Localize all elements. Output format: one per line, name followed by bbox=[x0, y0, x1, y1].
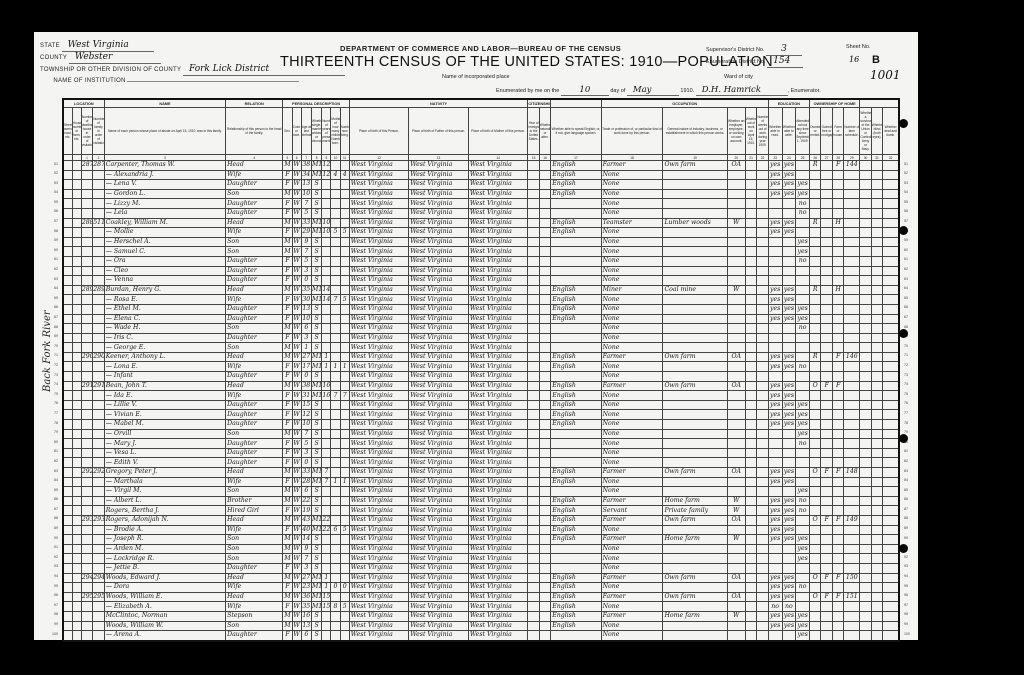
line-number: 72 bbox=[904, 363, 908, 367]
children-living-cell bbox=[340, 208, 349, 218]
race-cell: W bbox=[292, 266, 301, 276]
family-cell bbox=[93, 420, 105, 430]
read-cell bbox=[768, 256, 782, 266]
house-number-cell bbox=[72, 535, 81, 545]
immigration-year-cell bbox=[528, 515, 539, 525]
line-number: 52 bbox=[50, 171, 58, 175]
age-cell: 17 bbox=[301, 362, 311, 372]
language-cell bbox=[551, 631, 601, 641]
language-cell: English bbox=[551, 218, 601, 228]
age-cell: 5 bbox=[301, 256, 311, 266]
table-row: — VennaDaughterFW0SWest VirginiaWest Vir… bbox=[63, 276, 899, 286]
age-cell: 9 bbox=[301, 237, 311, 247]
race-cell: W bbox=[292, 228, 301, 238]
children-born-cell bbox=[331, 247, 340, 257]
industry-cell: Home farm bbox=[663, 496, 727, 506]
years-married-cell bbox=[322, 324, 331, 334]
mother-birthplace-cell: West Virginia bbox=[468, 314, 528, 324]
owned-cell: O bbox=[810, 573, 821, 583]
marital-cell: S bbox=[311, 237, 321, 247]
dwelling-cell bbox=[81, 208, 92, 218]
family-cell: 295 bbox=[93, 592, 105, 602]
immigration-year-cell bbox=[528, 391, 539, 401]
name-cell: — George E. bbox=[104, 343, 225, 353]
naturalized-cell bbox=[539, 381, 550, 391]
table-row: — Joseph R.SonMW14SWest VirginiaWest Vir… bbox=[63, 535, 899, 545]
relation-cell: Daughter bbox=[226, 208, 283, 218]
read-cell: yes bbox=[768, 189, 782, 199]
house-number-cell bbox=[72, 247, 81, 257]
years-married-cell bbox=[322, 410, 331, 420]
race-cell: W bbox=[292, 180, 301, 190]
children-born-cell bbox=[331, 256, 340, 266]
family-cell: 289 bbox=[93, 285, 105, 295]
school-cell: yes bbox=[796, 631, 810, 641]
house-number-cell bbox=[72, 161, 81, 171]
industry-cell bbox=[663, 343, 727, 353]
owned-cell bbox=[810, 247, 821, 257]
years-married-cell: 7 bbox=[322, 477, 331, 487]
race-cell: W bbox=[292, 247, 301, 257]
sex-cell: M bbox=[283, 611, 292, 621]
table-row: — OrvillSonMW7SWest VirginiaWest Virgini… bbox=[63, 429, 899, 439]
children-born-cell: 7 bbox=[331, 391, 340, 401]
father-birthplace-cell: West Virginia bbox=[409, 324, 469, 334]
sex-cell: F bbox=[283, 199, 292, 209]
birthplace-cell: West Virginia bbox=[349, 170, 409, 180]
farm-schedule-cell bbox=[844, 400, 860, 410]
street-cell bbox=[63, 266, 72, 276]
relation-cell: Daughter bbox=[226, 333, 283, 343]
farm-schedule-cell bbox=[844, 602, 860, 612]
age-cell: 3 bbox=[301, 563, 311, 573]
farm-house-cell bbox=[832, 602, 843, 612]
marital-cell: S bbox=[311, 563, 321, 573]
name-cell: Woods, Edward J. bbox=[104, 573, 225, 583]
relation-cell: Wife bbox=[226, 170, 283, 180]
children-living-cell bbox=[340, 352, 349, 362]
farm-schedule-cell bbox=[844, 218, 860, 228]
farm-house-cell: F bbox=[832, 161, 843, 171]
read-cell bbox=[768, 324, 782, 334]
name-cell: — Joseph R. bbox=[104, 535, 225, 545]
race-cell: W bbox=[292, 256, 301, 266]
immigration-year-cell bbox=[528, 208, 539, 218]
children-born-cell bbox=[331, 199, 340, 209]
farm-schedule-cell bbox=[844, 496, 860, 506]
deaf-cell bbox=[883, 372, 899, 382]
column-header: Farm or house. bbox=[832, 108, 843, 155]
naturalized-cell bbox=[539, 621, 550, 631]
industry-cell bbox=[663, 631, 727, 641]
trade-cell: Farmer bbox=[601, 592, 663, 602]
birthplace-cell: West Virginia bbox=[349, 420, 409, 430]
farm-schedule-cell: 148 bbox=[844, 468, 860, 478]
weeks-out-cell bbox=[757, 266, 768, 276]
street-cell bbox=[63, 285, 72, 295]
children-living-cell bbox=[340, 573, 349, 583]
class-cell bbox=[727, 276, 745, 286]
mortgage-cell bbox=[821, 621, 832, 631]
owned-cell bbox=[810, 400, 821, 410]
mother-birthplace-cell: West Virginia bbox=[468, 477, 528, 487]
blind-cell bbox=[871, 496, 882, 506]
out-of-work-cell bbox=[745, 563, 756, 573]
write-cell: yes bbox=[782, 515, 796, 525]
name-cell: — Jettie B. bbox=[104, 563, 225, 573]
family-cell bbox=[93, 266, 105, 276]
naturalized-cell bbox=[539, 439, 550, 449]
farm-schedule-cell bbox=[844, 180, 860, 190]
column-header: Whether out of work on April 15, 1910. bbox=[745, 108, 756, 155]
farm-house-cell bbox=[832, 621, 843, 631]
line-number: 93 bbox=[904, 564, 908, 568]
line-number: 83 bbox=[50, 469, 58, 473]
deaf-cell bbox=[883, 324, 899, 334]
veteran-cell bbox=[860, 506, 871, 516]
line-number: 67 bbox=[904, 315, 908, 319]
dwelling-cell bbox=[81, 180, 92, 190]
mortgage-cell bbox=[821, 391, 832, 401]
farm-house-cell bbox=[832, 189, 843, 199]
line-number: 99 bbox=[50, 622, 58, 626]
school-cell bbox=[796, 285, 810, 295]
weeks-out-cell bbox=[757, 343, 768, 353]
language-cell: English bbox=[551, 295, 601, 305]
write-cell: yes bbox=[782, 228, 796, 238]
farm-schedule-cell bbox=[844, 391, 860, 401]
dwelling-cell bbox=[81, 583, 92, 593]
age-cell: 3 bbox=[301, 448, 311, 458]
house-number-cell bbox=[72, 180, 81, 190]
dwelling-cell bbox=[81, 237, 92, 247]
house-number-cell bbox=[72, 256, 81, 266]
children-living-cell bbox=[340, 381, 349, 391]
line-number: 73 bbox=[904, 373, 908, 377]
farm-schedule-cell bbox=[844, 544, 860, 554]
family-cell bbox=[93, 535, 105, 545]
farm-schedule-cell bbox=[844, 208, 860, 218]
naturalized-cell bbox=[539, 256, 550, 266]
immigration-year-cell bbox=[528, 554, 539, 564]
marital-cell: S bbox=[311, 621, 321, 631]
immigration-year-cell bbox=[528, 285, 539, 295]
family-cell bbox=[93, 631, 105, 641]
blind-cell bbox=[871, 247, 882, 257]
farm-schedule-cell bbox=[844, 372, 860, 382]
column-header: Place of birth of Mother of this person. bbox=[468, 108, 528, 155]
years-married-cell bbox=[322, 199, 331, 209]
mother-birthplace-cell: West Virginia bbox=[468, 611, 528, 621]
table-row: — Vesa L.DaughterFW3SWest VirginiaWest V… bbox=[63, 448, 899, 458]
relation-cell: Daughter bbox=[226, 276, 283, 286]
blind-cell bbox=[871, 304, 882, 314]
marital-cell: M1 bbox=[311, 583, 321, 593]
table-row: Rogers, Bertha J.Hired GirlFW19SWest Vir… bbox=[63, 506, 899, 516]
veteran-cell bbox=[860, 218, 871, 228]
naturalized-cell bbox=[539, 324, 550, 334]
immigration-year-cell bbox=[528, 439, 539, 449]
relation-cell: Daughter bbox=[226, 420, 283, 430]
language-cell: English bbox=[551, 228, 601, 238]
family-cell bbox=[93, 496, 105, 506]
age-cell: 34 bbox=[301, 170, 311, 180]
father-birthplace-cell: West Virginia bbox=[409, 372, 469, 382]
weeks-out-cell bbox=[757, 506, 768, 516]
write-cell: yes bbox=[782, 410, 796, 420]
children-living-cell bbox=[340, 410, 349, 420]
write-cell: yes bbox=[782, 506, 796, 516]
years-married-cell: 22 bbox=[322, 525, 331, 535]
years-married-cell: 10 bbox=[322, 218, 331, 228]
immigration-year-cell bbox=[528, 256, 539, 266]
class-cell: W bbox=[727, 285, 745, 295]
children-born-cell bbox=[331, 496, 340, 506]
table-row: — Vivian E.DaughterFW12SWest VirginiaWes… bbox=[63, 410, 899, 420]
school-cell bbox=[796, 592, 810, 602]
weeks-out-cell bbox=[757, 381, 768, 391]
census-table: Location Name Relation Personal Descript… bbox=[62, 98, 900, 642]
sex-cell: M bbox=[283, 324, 292, 334]
street-cell bbox=[63, 276, 72, 286]
trade-cell: None bbox=[601, 554, 663, 564]
column-header: Place of birth of Father of this person. bbox=[409, 108, 469, 155]
age-cell: 6 bbox=[301, 487, 311, 497]
language-cell: English bbox=[551, 285, 601, 295]
veteran-cell bbox=[860, 285, 871, 295]
children-living-cell bbox=[340, 487, 349, 497]
dwelling-cell bbox=[81, 410, 92, 420]
veteran-cell bbox=[860, 439, 871, 449]
write-cell bbox=[782, 333, 796, 343]
owned-cell bbox=[810, 448, 821, 458]
marital-cell: M1 bbox=[311, 477, 321, 487]
children-born-cell: 1 bbox=[331, 362, 340, 372]
sex-cell: F bbox=[283, 228, 292, 238]
write-cell: yes bbox=[782, 420, 796, 430]
veteran-cell bbox=[860, 189, 871, 199]
age-cell: 40 bbox=[301, 525, 311, 535]
owned-cell: O bbox=[810, 515, 821, 525]
industry-cell bbox=[663, 621, 727, 631]
veteran-cell bbox=[860, 228, 871, 238]
farm-house-cell bbox=[832, 266, 843, 276]
deaf-cell bbox=[883, 170, 899, 180]
farm-house-cell bbox=[832, 228, 843, 238]
sex-cell: M bbox=[283, 381, 292, 391]
blind-cell bbox=[871, 228, 882, 238]
read-cell bbox=[768, 333, 782, 343]
class-cell bbox=[727, 583, 745, 593]
industry-cell bbox=[663, 208, 727, 218]
farm-house-cell: H bbox=[832, 218, 843, 228]
naturalized-cell bbox=[539, 343, 550, 353]
deaf-cell bbox=[883, 602, 899, 612]
language-cell: English bbox=[551, 535, 601, 545]
line-number: 61 bbox=[904, 257, 908, 261]
page-title: THIRTEENTH CENSUS OF THE UNITED STATES: … bbox=[280, 54, 773, 70]
line-number: 59 bbox=[904, 238, 908, 242]
trade-cell: Farmer bbox=[601, 496, 663, 506]
naturalized-cell bbox=[539, 352, 550, 362]
mortgage-cell bbox=[821, 420, 832, 430]
weeks-out-cell bbox=[757, 448, 768, 458]
line-number: 64 bbox=[904, 286, 908, 290]
sex-cell: F bbox=[283, 410, 292, 420]
language-cell: English bbox=[551, 352, 601, 362]
name-cell: Burdan, Henry G. bbox=[104, 285, 225, 295]
street-cell bbox=[63, 573, 72, 583]
name-cell: — Ora bbox=[104, 256, 225, 266]
naturalized-cell bbox=[539, 333, 550, 343]
house-number-cell bbox=[72, 333, 81, 343]
dwelling-cell bbox=[81, 400, 92, 410]
school-cell bbox=[796, 372, 810, 382]
naturalized-cell bbox=[539, 189, 550, 199]
blind-cell bbox=[871, 266, 882, 276]
father-birthplace-cell: West Virginia bbox=[409, 611, 469, 621]
table-row: — Arden M.SonMW9SWest VirginiaWest Virgi… bbox=[63, 544, 899, 554]
blind-cell bbox=[871, 420, 882, 430]
deaf-cell bbox=[883, 477, 899, 487]
race-cell: W bbox=[292, 535, 301, 545]
industry-cell bbox=[663, 180, 727, 190]
trade-cell: None bbox=[601, 170, 663, 180]
write-cell: yes bbox=[782, 362, 796, 372]
weeks-out-cell bbox=[757, 189, 768, 199]
birthplace-cell: West Virginia bbox=[349, 621, 409, 631]
relation-cell: Head bbox=[226, 381, 283, 391]
trade-cell: None bbox=[601, 487, 663, 497]
farm-house-cell bbox=[832, 295, 843, 305]
language-cell bbox=[551, 256, 601, 266]
column-header: Place of birth of this Person. bbox=[349, 108, 409, 155]
trade-cell: None bbox=[601, 180, 663, 190]
weeks-out-cell bbox=[757, 439, 768, 449]
birthplace-cell: West Virginia bbox=[349, 247, 409, 257]
relation-cell: Head bbox=[226, 352, 283, 362]
line-number: 61 bbox=[50, 257, 58, 261]
name-cell: — Brodie A. bbox=[104, 525, 225, 535]
family-cell bbox=[93, 410, 105, 420]
mortgage-cell bbox=[821, 324, 832, 334]
trade-cell: None bbox=[601, 400, 663, 410]
farm-schedule-cell bbox=[844, 448, 860, 458]
name-cell: — Wade H. bbox=[104, 324, 225, 334]
language-cell: English bbox=[551, 170, 601, 180]
naturalized-cell bbox=[539, 410, 550, 420]
class-cell bbox=[727, 170, 745, 180]
race-cell: W bbox=[292, 420, 301, 430]
street-cell bbox=[63, 304, 72, 314]
father-birthplace-cell: West Virginia bbox=[409, 180, 469, 190]
immigration-year-cell bbox=[528, 477, 539, 487]
house-number-cell bbox=[72, 573, 81, 583]
father-birthplace-cell: West Virginia bbox=[409, 218, 469, 228]
farm-house-cell bbox=[832, 563, 843, 573]
read-cell: yes bbox=[768, 381, 782, 391]
mother-birthplace-cell: West Virginia bbox=[468, 583, 528, 593]
marital-cell: S bbox=[311, 506, 321, 516]
farm-schedule-cell bbox=[844, 343, 860, 353]
line-number: 74 bbox=[904, 382, 908, 386]
table-row: — Alexandria J.WifeFW34M11244West Virgin… bbox=[63, 170, 899, 180]
table-row: — Mabel M.DaughterFW10SWest VirginiaWest… bbox=[63, 420, 899, 430]
school-cell bbox=[796, 381, 810, 391]
race-cell: W bbox=[292, 487, 301, 497]
immigration-year-cell bbox=[528, 621, 539, 631]
table-row: 294294Woods, Edward J.HeadMW27M11West Vi… bbox=[63, 573, 899, 583]
sex-cell: F bbox=[283, 314, 292, 324]
name-cell: — Alexandria J. bbox=[104, 170, 225, 180]
industry-cell bbox=[663, 199, 727, 209]
years-married-cell bbox=[322, 343, 331, 353]
mother-birthplace-cell: West Virginia bbox=[468, 276, 528, 286]
industry-cell bbox=[663, 362, 727, 372]
table-row: — Brodie A.WifeFW40M12265West VirginiaWe… bbox=[63, 525, 899, 535]
mortgage-cell bbox=[821, 333, 832, 343]
school-cell bbox=[796, 458, 810, 468]
class-cell bbox=[727, 237, 745, 247]
industry-cell bbox=[663, 189, 727, 199]
family-cell bbox=[93, 333, 105, 343]
blind-cell bbox=[871, 381, 882, 391]
street-cell bbox=[63, 228, 72, 238]
veteran-cell bbox=[860, 592, 871, 602]
birthplace-cell: West Virginia bbox=[349, 477, 409, 487]
dwelling-cell bbox=[81, 458, 92, 468]
house-number-cell bbox=[72, 391, 81, 401]
children-living-cell: 7 bbox=[340, 391, 349, 401]
weeks-out-cell bbox=[757, 352, 768, 362]
marital-cell: S bbox=[311, 439, 321, 449]
children-living-cell bbox=[340, 314, 349, 324]
enumerator-label: , Enumerator. bbox=[788, 88, 821, 94]
age-cell: 3 bbox=[301, 333, 311, 343]
age-cell: 29 bbox=[301, 228, 311, 238]
line-number: 55 bbox=[904, 200, 908, 204]
name-cell: — Arena A. bbox=[104, 631, 225, 641]
read-cell bbox=[768, 448, 782, 458]
relation-cell: Son bbox=[226, 189, 283, 199]
children-living-cell: 5 bbox=[340, 525, 349, 535]
out-of-work-cell bbox=[745, 343, 756, 353]
line-number: 80 bbox=[50, 440, 58, 444]
blind-cell bbox=[871, 295, 882, 305]
table-row: — Lillie V.DaughterFW15SWest VirginiaWes… bbox=[63, 400, 899, 410]
table-row: — InfantDaughterFW0SWest VirginiaWest Vi… bbox=[63, 372, 899, 382]
school-cell: no bbox=[796, 583, 810, 593]
trade-cell: None bbox=[601, 362, 663, 372]
write-cell bbox=[782, 266, 796, 276]
family-cell bbox=[93, 343, 105, 353]
read-cell: yes bbox=[768, 314, 782, 324]
blind-cell bbox=[871, 439, 882, 449]
line-number: 60 bbox=[904, 248, 908, 252]
owned-cell bbox=[810, 621, 821, 631]
dwelling-cell bbox=[81, 611, 92, 621]
mortgage-cell bbox=[821, 208, 832, 218]
sex-cell: M bbox=[283, 592, 292, 602]
weeks-out-cell bbox=[757, 410, 768, 420]
name-cell: — Lizzy M. bbox=[104, 199, 225, 209]
children-living-cell bbox=[340, 333, 349, 343]
district-header: Supervisor's District No. 3 Enumeration … bbox=[706, 44, 803, 68]
language-cell bbox=[551, 544, 601, 554]
group-education: Education bbox=[768, 99, 809, 108]
name-cell: — Vesa L. bbox=[104, 448, 225, 458]
read-cell bbox=[768, 199, 782, 209]
